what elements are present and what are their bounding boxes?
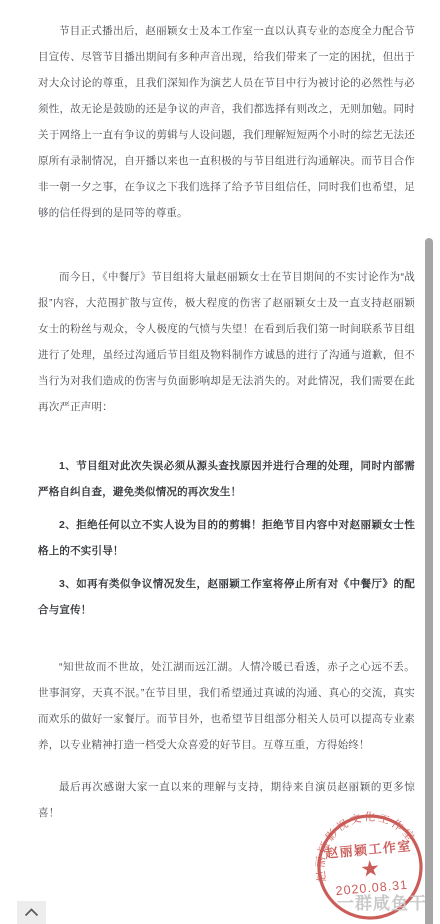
back-to-top-button[interactable] xyxy=(17,901,46,924)
scrollbar-thumb[interactable] xyxy=(425,238,433,924)
statement-body: 节目正式播出后，赵丽颖女士及本工作室一直以认真专业的态度全力配合节目宣传、尽管节… xyxy=(0,0,440,826)
statement-paragraph-1: 节目正式播出后，赵丽颖女士及本工作室一直以认真专业的态度全力配合节目宣传、尽管节… xyxy=(38,18,415,226)
statement-page: 节目正式播出后，赵丽颖女士及本工作室一直以认真专业的态度全力配合节目宣传、尽管节… xyxy=(0,0,440,924)
statement-paragraph-2: 而今日，《中餐厅》节目组将大量赵丽颖女士在节目期间的不实讨论作为“战报”内容，大… xyxy=(38,264,415,420)
statement-item-2: 2、拒绝任何以立不实人设为目的的剪辑！拒绝节目内容中对赵丽颖女士性格上的不实引导… xyxy=(38,512,415,564)
watermark: 一群咸鱼干 xyxy=(337,889,427,914)
statement-item-1: 1、节目组对此次失误必须从源头查找原因并进行合理的处理，同时内部需严格自纠自查，… xyxy=(38,453,415,505)
seal-studio-name: 赵丽颖工作室 xyxy=(324,838,412,861)
star-icon: ★ xyxy=(359,855,381,882)
statement-paragraph-quote: “知世故而不世故，处江湖而远江湖。人情冷暖已看透，赤子之心远不丢。世事洞穿，天真… xyxy=(38,654,415,758)
statement-paragraph-closing: 最后再次感谢大家一直以来的理解与支持，期待来自演员赵丽颖的更多惊喜！ xyxy=(38,774,415,826)
chevron-up-icon xyxy=(24,908,39,917)
statement-item-3: 3、如再有类似争议情况发生，赵丽颖工作室将停止所有对《中餐厅》的配合与宣传！ xyxy=(38,571,415,623)
